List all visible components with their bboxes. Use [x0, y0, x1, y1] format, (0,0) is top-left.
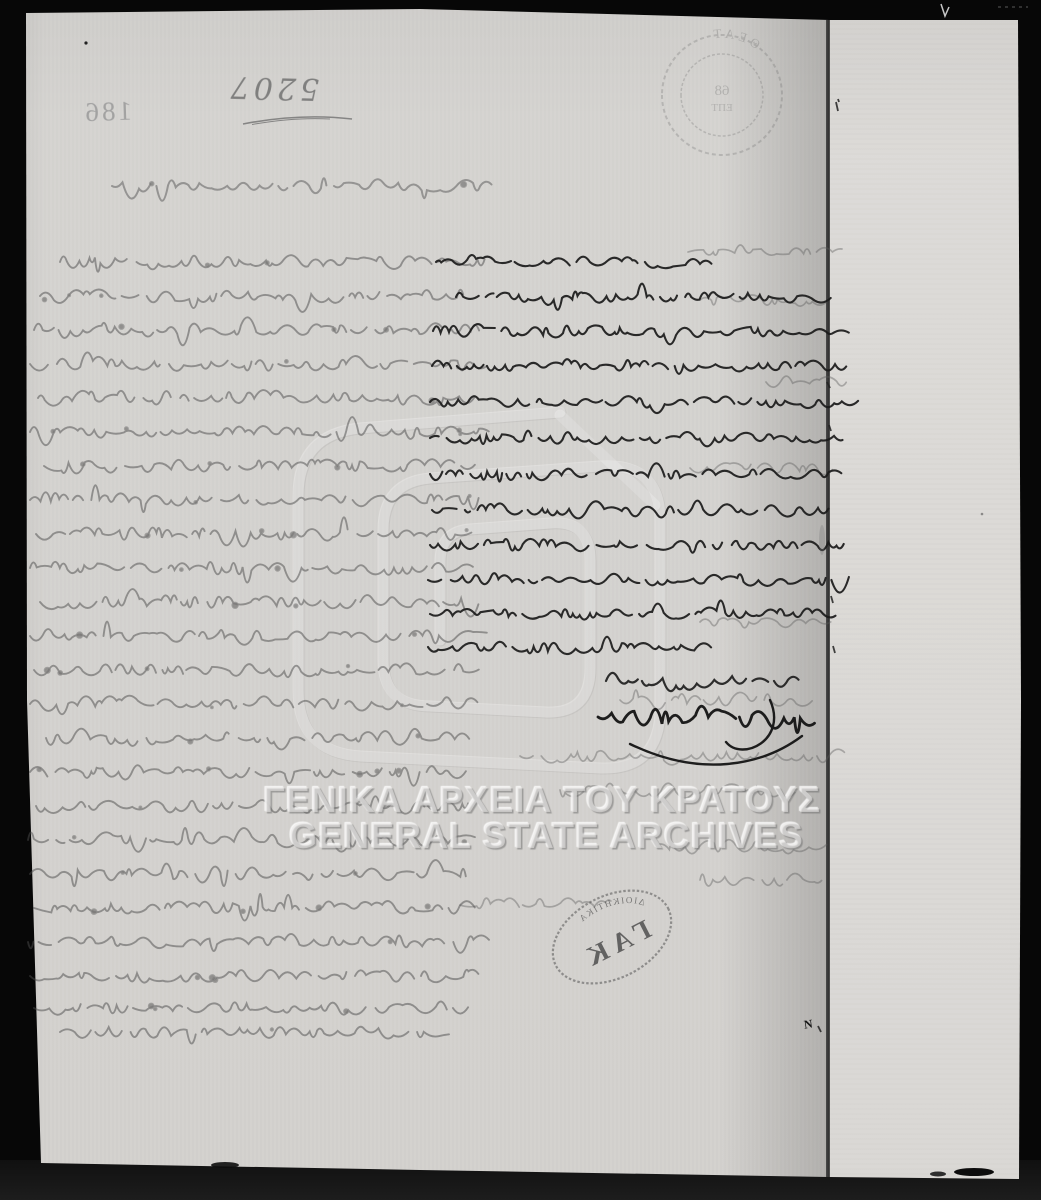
oval-gak-stamp-icon: ΔΙΟΙΚΗΤΙΚΑ ΓΑΚ: [537, 872, 686, 1002]
margin-mark: Ν: [803, 1016, 814, 1032]
pencil-underline: [243, 117, 352, 125]
postmark-arc-text: ΘΕΑΤ: [709, 26, 763, 52]
folio-number-stamp: 186: [47, 96, 132, 130]
mirrored-header-line: [112, 178, 492, 200]
round-postmark-stamp-icon: ΘΕΑΤ 68 ΕΠΤ: [662, 26, 782, 155]
pencil-archive-number: 5207: [212, 68, 335, 106]
main-letter-handwriting: [428, 255, 858, 654]
stray-marks: [84, 4, 1028, 1177]
postmark-center-number: 68: [715, 83, 730, 99]
postmark-center-month: ΕΠΤ: [711, 102, 733, 114]
watermark-text-english: GENERAL STATE ARCHIVES: [289, 815, 804, 857]
handwriting-and-stamps-art: ΘΕΑΤ 68 ΕΠΤ ΔΙΟΙΚΗΤΙΚΑ ΓΑΚ: [0, 0, 1041, 1200]
svg-text:ΘΕΑΤ: ΘΕΑΤ: [709, 26, 763, 52]
oval-stamp-center-text: ΓΑΚ: [575, 914, 656, 975]
archival-scan-spread: ΘΕΑΤ 68 ΕΠΤ ΔΙΟΙΚΗΤΙΚΑ ΓΑΚ: [0, 0, 1041, 1200]
closing-line-handwriting: [606, 673, 799, 691]
mirrored-bleedthrough-handwriting: [28, 255, 489, 1043]
ink-edge-marks: [818, 99, 839, 1032]
